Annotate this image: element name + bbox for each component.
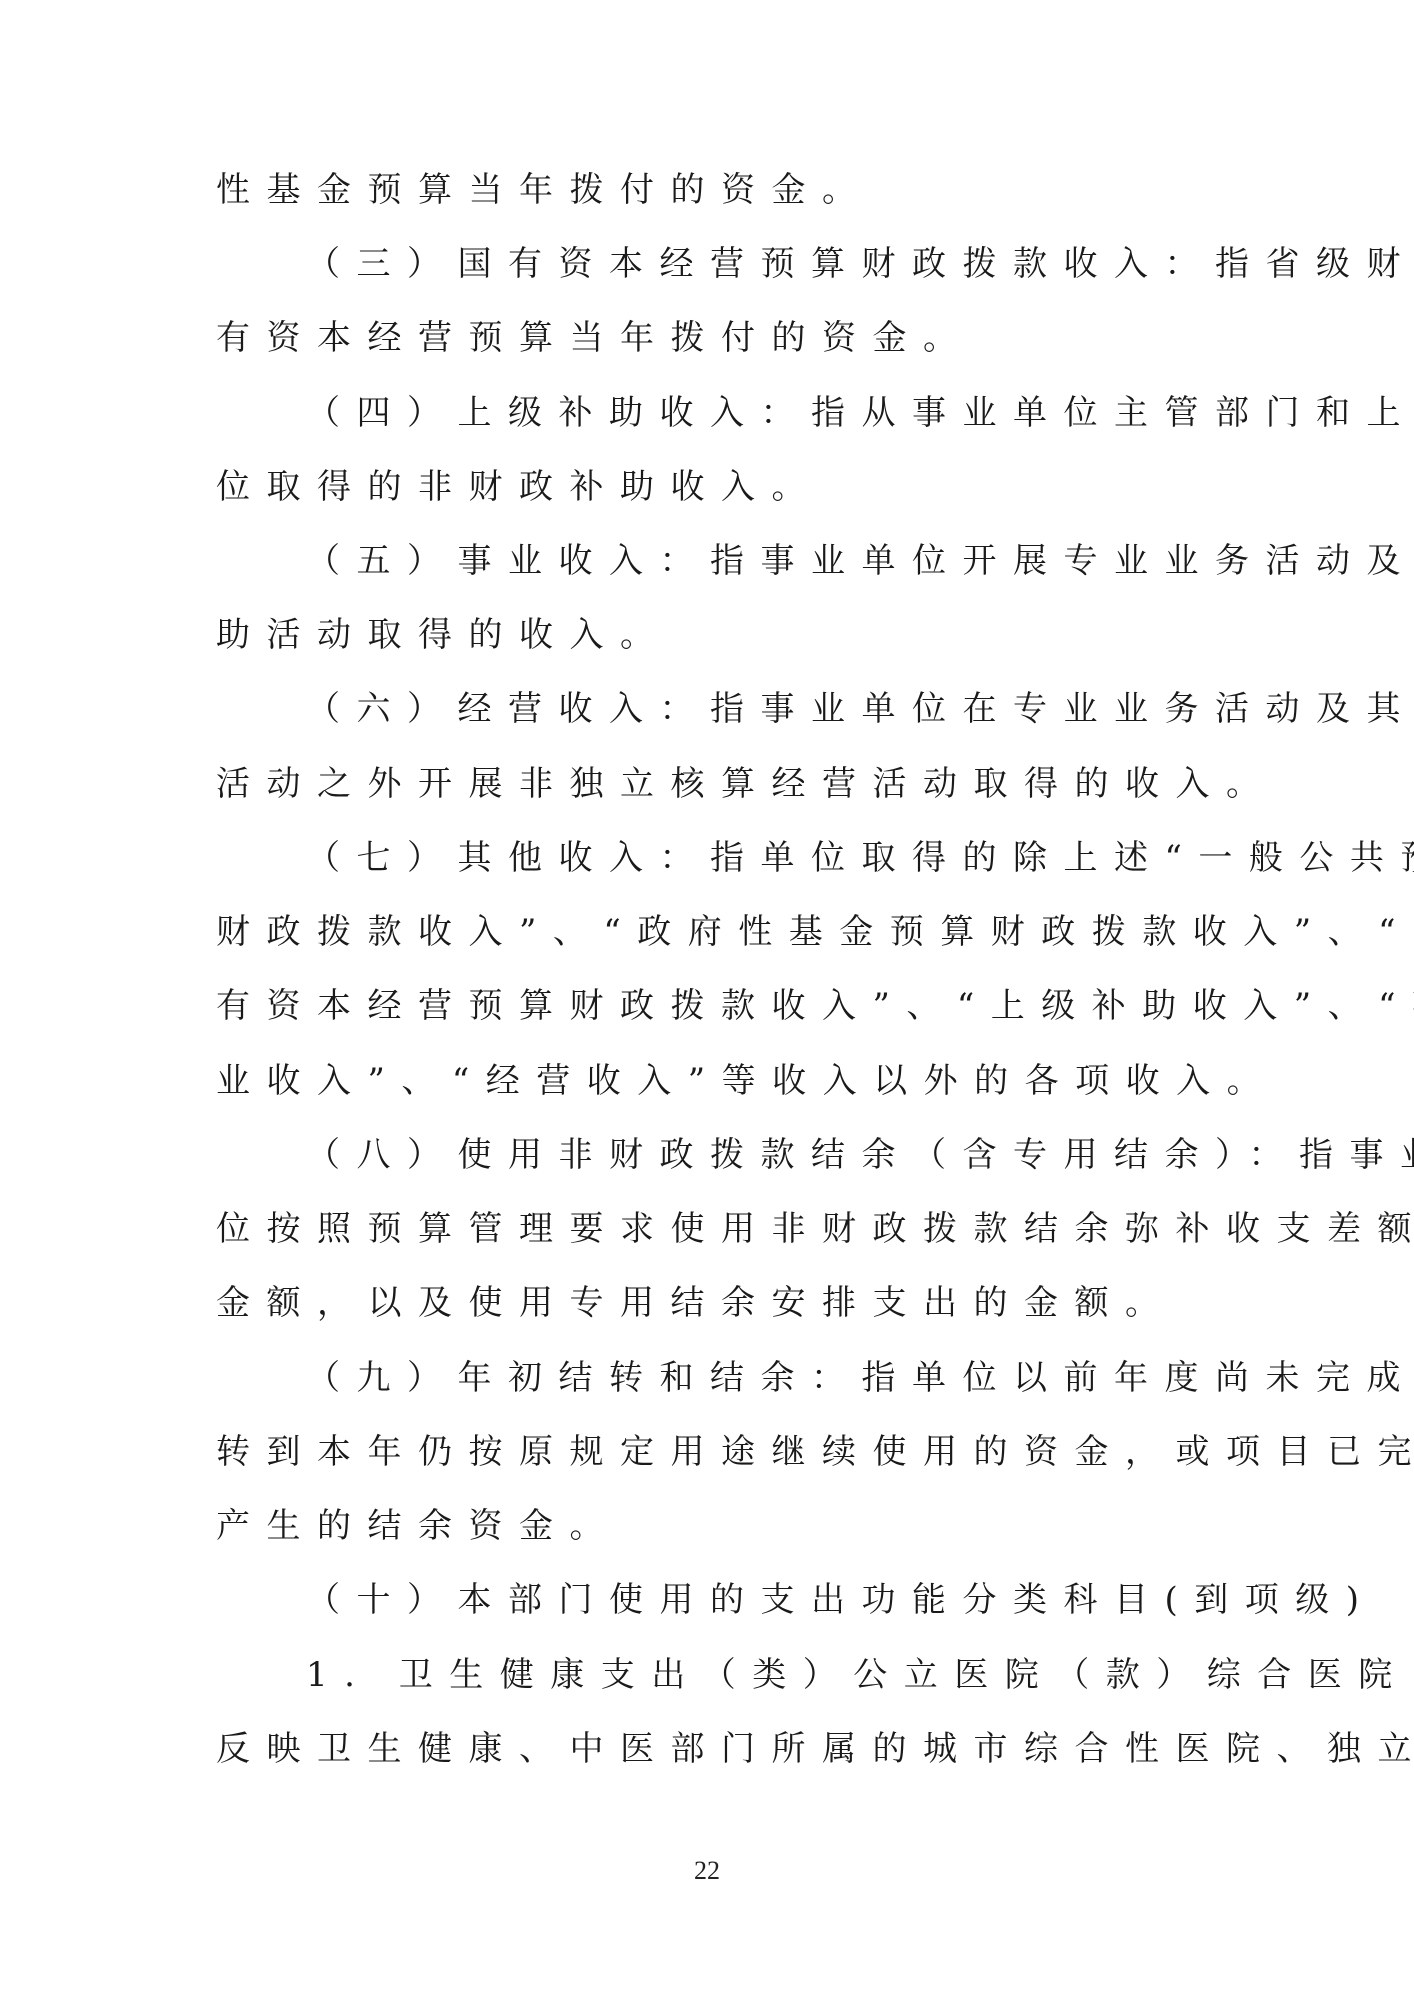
document-page: 性基金预算当年拨付的资金。 （三）国有资本经营预算财政拨款收入：指省级财政国 有… bbox=[0, 0, 1414, 2000]
text-line: 位按照预算管理要求使用非财政拨款结余弥补收支差额的 bbox=[216, 1209, 1198, 1249]
paragraph-8-heading-line: （八）使用非财政拨款结余（含专用结余）：指事业单 bbox=[306, 1135, 1288, 1175]
text-line: 有资本经营预算当年拨付的资金。 bbox=[216, 318, 1198, 358]
text-line: 有资本经营预算财政拨款收入”、“上级补助收入”、“事 bbox=[216, 986, 1198, 1026]
text-line: 业收入”、“经营收入”等收入以外的各项收入。 bbox=[216, 1061, 1198, 1101]
section-10-heading: （十）本部门使用的支出功能分类科目(到项级) bbox=[306, 1580, 1288, 1620]
text-line: 反映卫生健康、中医部门所属的城市综合性医院、独立门诊、 bbox=[216, 1729, 1198, 1769]
paragraph-4-heading-line: （四）上级补助收入：指从事业单位主管部门和上级单 bbox=[306, 393, 1288, 433]
text-line: 产生的结余资金。 bbox=[216, 1506, 1198, 1546]
text-line: 位取得的非财政补助收入。 bbox=[216, 467, 1198, 507]
text-line: 财政拨款收入”、“政府性基金预算财政拨款收入”、“国 bbox=[216, 912, 1198, 952]
paragraph-7-heading-line: （七）其他收入：指单位取得的除上述“一般公共预算 bbox=[306, 838, 1288, 878]
text-line: 转到本年仍按原规定用途继续使用的资金，或项目已完成等 bbox=[216, 1432, 1198, 1472]
text-line: 助活动取得的收入。 bbox=[216, 615, 1198, 655]
text-line: 金额，以及使用专用结余安排支出的金额。 bbox=[216, 1283, 1198, 1323]
text-line: 性基金预算当年拨付的资金。 bbox=[216, 170, 1198, 210]
paragraph-3-heading-line: （三）国有资本经营预算财政拨款收入：指省级财政国 bbox=[306, 244, 1288, 284]
paragraph-6-heading-line: （六）经营收入：指事业单位在专业业务活动及其辅助 bbox=[306, 689, 1288, 729]
paragraph-5-heading-line: （五）事业收入：指事业单位开展专业业务活动及其辅 bbox=[306, 541, 1288, 581]
page-number: 22 bbox=[0, 1856, 1414, 1886]
list-item-1-heading: 1. 卫生健康支出（类）公立医院（款）综合医院（项）。 bbox=[306, 1655, 1288, 1695]
text-line: 活动之外开展非独立核算经营活动取得的收入。 bbox=[216, 764, 1198, 804]
paragraph-9-heading-line: （九）年初结转和结余：指单位以前年度尚未完成、结 bbox=[306, 1358, 1288, 1398]
